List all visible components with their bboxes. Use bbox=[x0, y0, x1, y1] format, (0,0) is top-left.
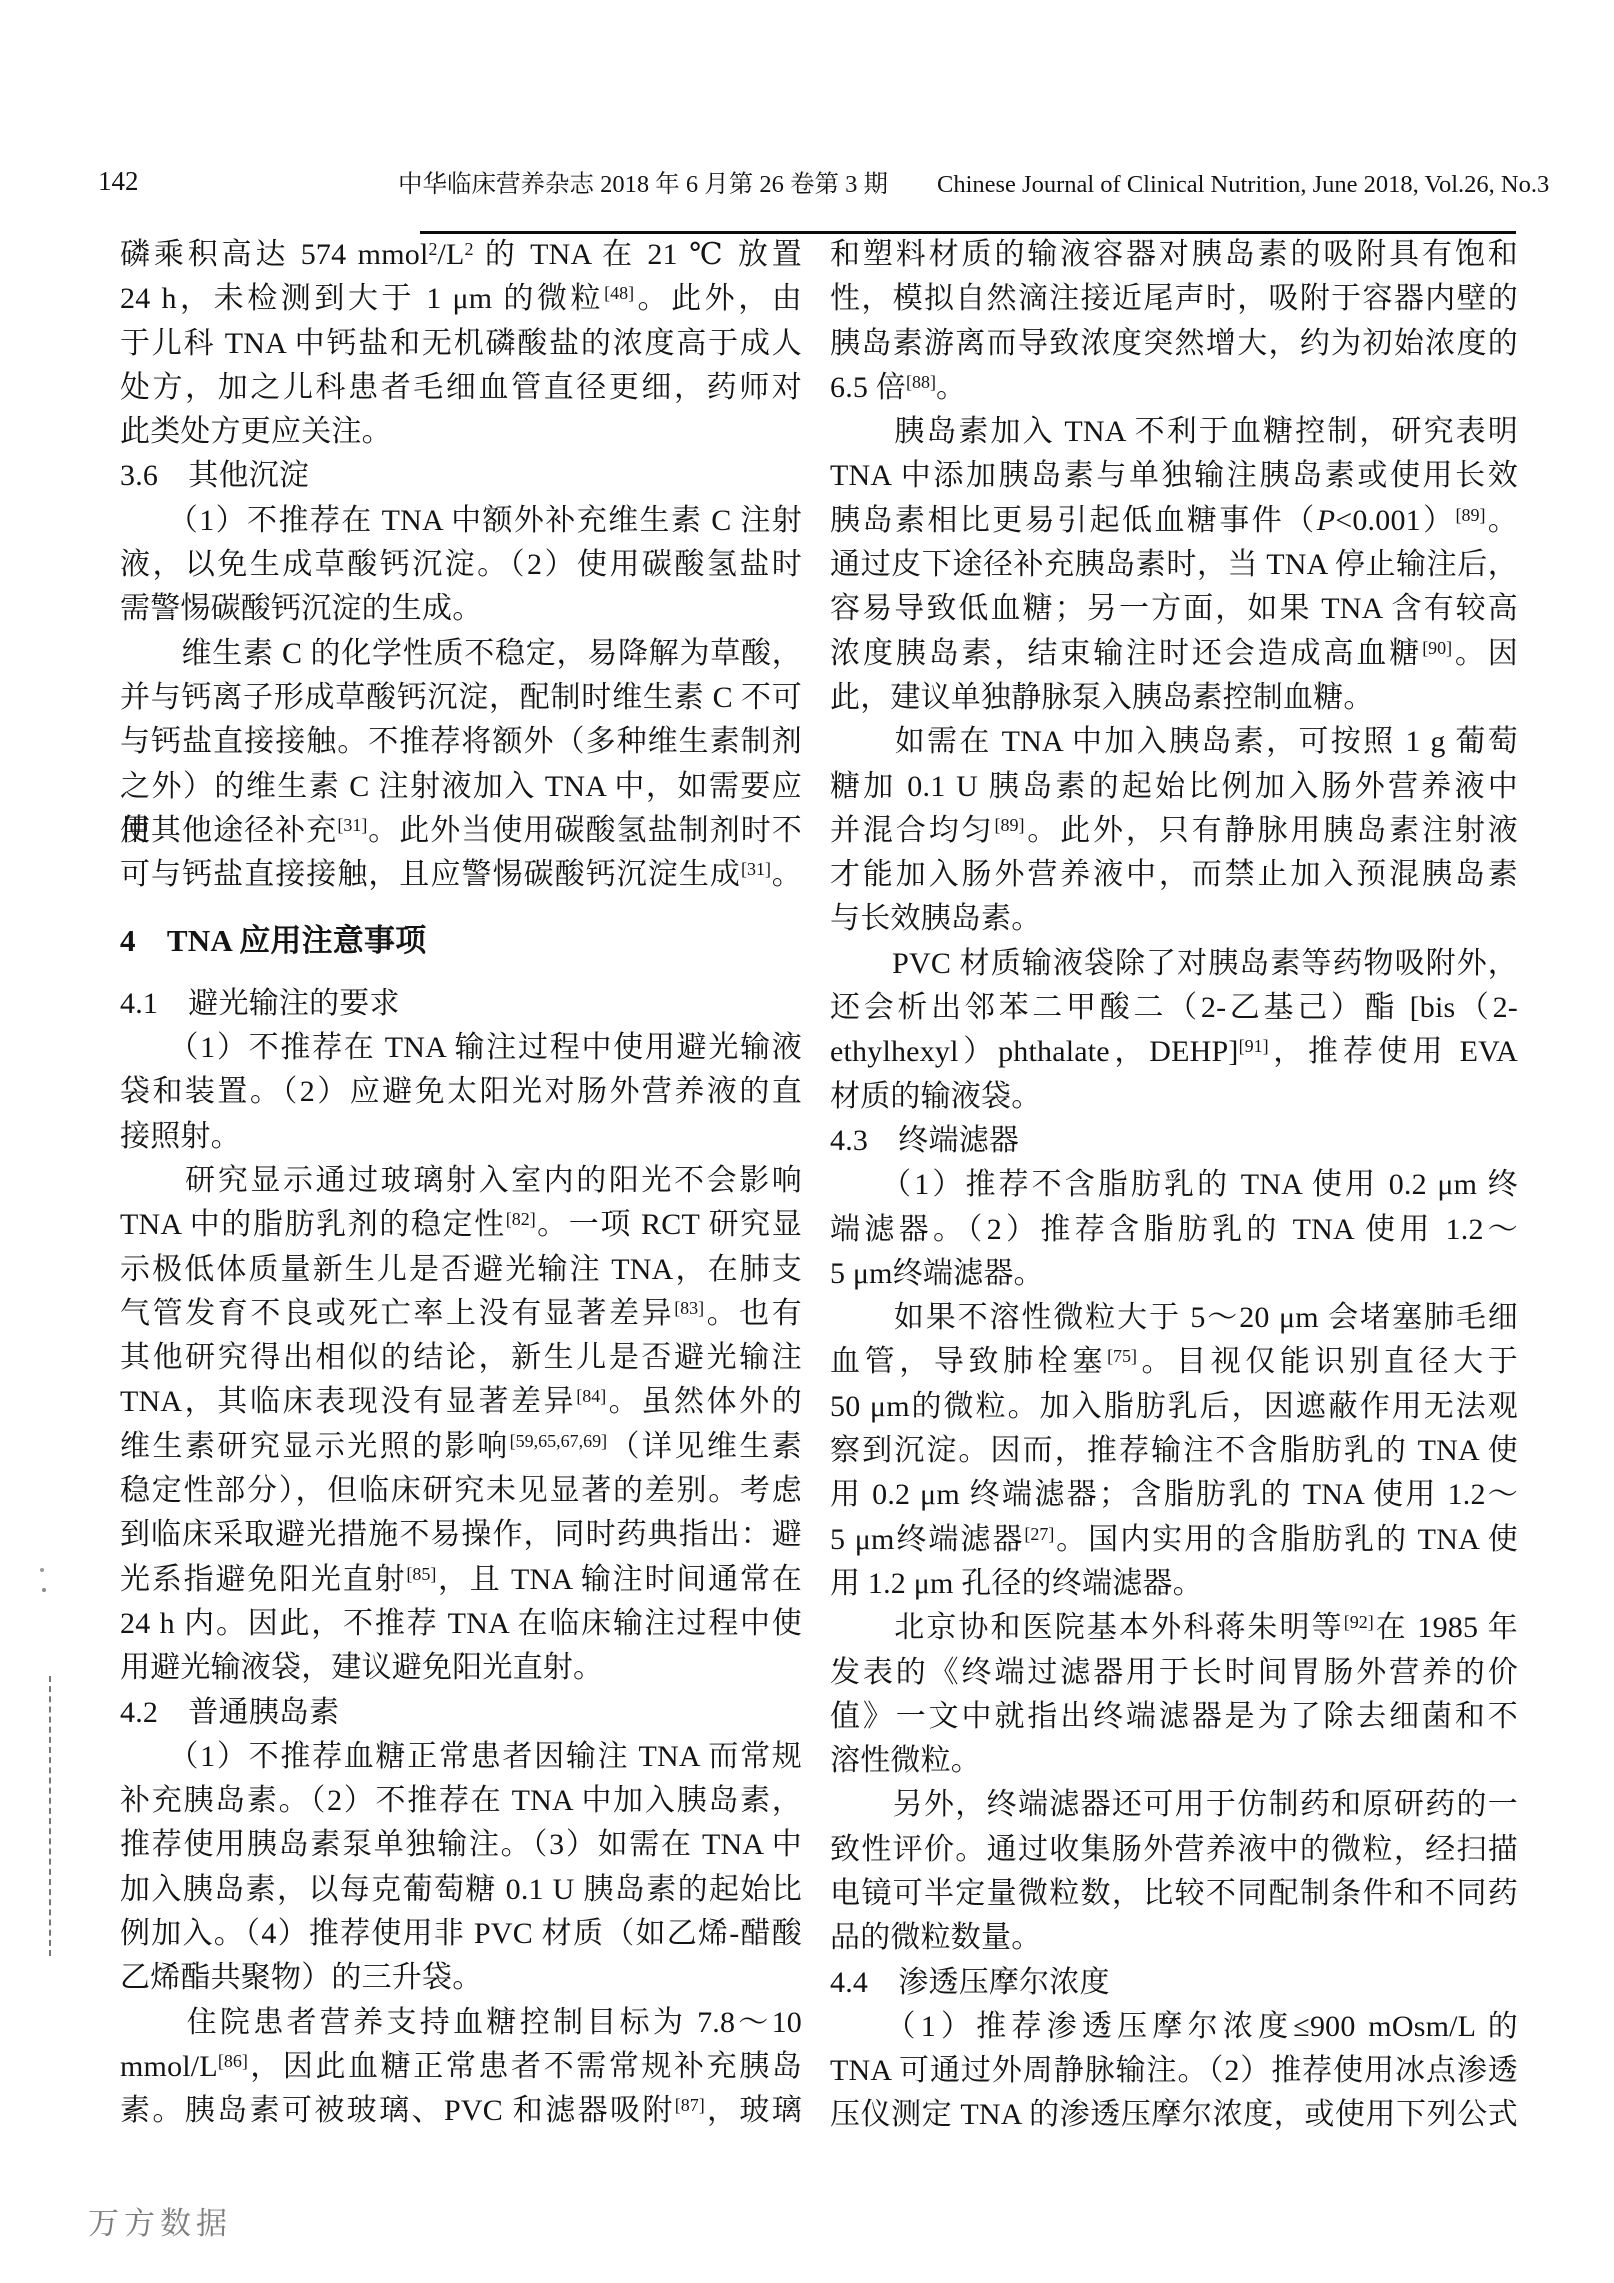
text-line: 糖加 0.1 U 胰岛素的起始比例加入肠外营养液中 bbox=[830, 765, 1518, 809]
text-line: 胰岛素游离而导致浓度突然增大，约为初始浓度的 bbox=[830, 322, 1518, 366]
text-line: 24 h，未检测到大于 1 μm 的微粒[48]。此外，由 bbox=[120, 277, 802, 321]
text-run: 端滤器。（2）推荐含脂肪乳的 TNA 使用 1.2～ bbox=[830, 1213, 1518, 1246]
reference-superscript: [87] bbox=[675, 2095, 705, 2115]
text-run: （1）推荐渗透压摩尔浓度≤900 mOsm/L 的 bbox=[830, 2010, 1518, 2043]
journal-header: 中华临床营养杂志 2018 年 6 月第 26 卷第 3 期 Chinese J… bbox=[398, 170, 1522, 200]
text-line: 5 μm终端滤器[27]。国内实用的含脂肪乳的 TNA 使 bbox=[830, 1518, 1518, 1562]
journal-page: 142 中华临床营养杂志 2018 年 6 月第 26 卷第 3 期 Chine… bbox=[0, 0, 1614, 2283]
reference-superscript: [83] bbox=[674, 1298, 704, 1318]
reference-superscript: [48] bbox=[604, 283, 634, 303]
text-run: 。此外，由 bbox=[634, 282, 802, 315]
text-line: ethylhexyl）phthalate，DEHP][91]，推荐使用 EVA bbox=[830, 1030, 1518, 1074]
text-run: 如果不溶性微粒大于 5～20 μm 会堵塞肺毛细 bbox=[830, 1301, 1518, 1334]
text-line: TNA 可通过外周静脉输注。（2）推荐使用冰点渗透 bbox=[830, 2049, 1518, 2093]
text-run: 24 h 内。因此，不推荐 TNA 在临床输注过程中使 bbox=[120, 1607, 802, 1640]
subsection-heading: 4.4 渗透压摩尔浓度 bbox=[830, 1961, 1518, 2005]
text-run: 。此外当使用碳酸氢盐制剂时不 bbox=[367, 814, 802, 847]
reference-superscript: [88] bbox=[906, 372, 936, 392]
text-line: 加入胰岛素，以每克葡萄糖 0.1 U 胰岛素的起始比 bbox=[120, 1868, 802, 1912]
text-line: 察到沉淀。因而，推荐输注不含脂肪乳的 TNA 使 bbox=[830, 1429, 1518, 1473]
text-line: 端滤器。（2）推荐含脂肪乳的 TNA 使用 1.2～ bbox=[830, 1208, 1518, 1252]
text-run: 糖加 0.1 U 胰岛素的起始比例加入肠外营养液中 bbox=[830, 770, 1518, 803]
text-run: 4.3 终端滤器 bbox=[830, 1124, 1019, 1157]
text-run: 24 h，未检测到大于 1 μm 的微粒 bbox=[120, 282, 604, 315]
subsection-heading: 4.3 终端滤器 bbox=[830, 1119, 1518, 1163]
text-line: （1）不推荐血糖正常患者因输注 TNA 而常规 bbox=[120, 1735, 802, 1779]
text-run: 4.4 渗透压摩尔浓度 bbox=[830, 1966, 1110, 1999]
text-line: TNA 中添加胰岛素与单独输注胰岛素或使用长效 bbox=[830, 454, 1518, 498]
text-line: 其他研究得出相似的结论，新生儿是否避光输注 bbox=[120, 1336, 802, 1380]
text-run: 5 μm终端滤器。 bbox=[830, 1257, 1044, 1290]
text-run: 容易导致低血糖；另一方面，如果 TNA 含有较高 bbox=[830, 592, 1518, 625]
text-run: 袋和装置。（2）应避免太阳光对肠外营养液的直 bbox=[120, 1075, 802, 1108]
text-line: 如果不溶性微粒大于 5～20 μm 会堵塞肺毛细 bbox=[830, 1296, 1518, 1340]
reference-superscript: [82] bbox=[506, 1209, 536, 1229]
text-run: 。虽然体外的 bbox=[606, 1385, 802, 1418]
section-heading: 4 TNA 应用注意事项 bbox=[120, 919, 802, 963]
text-run: 4.2 普通胰岛素 bbox=[120, 1696, 339, 1729]
text-run: 与长效胰岛素。 bbox=[830, 902, 1041, 935]
text-run: 用 0.2 μm 终端滤器；含脂肪乳的 TNA 使用 1.2～ bbox=[830, 1478, 1518, 1511]
text-run: 品的微粒数量。 bbox=[830, 1921, 1041, 1954]
text-column-right: 和塑料材质的输液容器对胰岛素的吸附具有饱和性，模拟自然滴注接近尾声时，吸附于容器… bbox=[830, 233, 1518, 2138]
text-line: 处方，加之儿科患者毛细血管直径更细，药师对 bbox=[120, 366, 802, 410]
text-run: 到临床采取避光措施不易操作，同时药典指出：避 bbox=[120, 1518, 802, 1551]
text-line: 胰岛素加入 TNA 不利于血糖控制，研究表明 bbox=[830, 410, 1518, 454]
text-line: 用 1.2 μm 孔径的终端滤器。 bbox=[830, 1562, 1518, 1606]
text-run: 补充胰岛素。（2）不推荐在 TNA 中加入胰岛素， bbox=[120, 1784, 802, 1817]
text-line: 可与钙盐直接接触，且应警惕碳酸钙沉淀生成[31]。 bbox=[120, 853, 802, 897]
text-run: 示极低体质量新生儿是否避光输注 TNA，在肺支 bbox=[120, 1253, 802, 1286]
text-run: PVC 材质输液袋除了对胰岛素等药物吸附外， bbox=[830, 947, 1518, 980]
text-run: 值》一文中就指出终端滤器是为了除去细菌和不 bbox=[830, 1700, 1518, 1733]
text-line: 北京协和医院基本外科蒋朱明等[92]在 1985 年 bbox=[830, 1606, 1518, 1650]
text-run: 此，建议单独静脉泵入胰岛素控制血糖。 bbox=[830, 681, 1374, 714]
text-run: 维生素 C 的化学性质不稳定，易降解为草酸， bbox=[120, 637, 802, 670]
text-line: 浓度胰岛素，结束输注时还会造成高血糖[90]。因 bbox=[830, 632, 1518, 676]
text-line: 维生素 C 的化学性质不稳定，易降解为草酸， bbox=[120, 632, 802, 676]
text-run: 北京协和医院基本外科蒋朱明等 bbox=[830, 1611, 1344, 1644]
text-run: 磷乘积高达 574 mmol bbox=[120, 238, 428, 271]
text-line: 6.5 倍[88]。 bbox=[830, 366, 1518, 410]
text-run: 浓度胰岛素，结束输注时还会造成高血糖 bbox=[830, 637, 1422, 670]
text-line: 需警惕碳酸钙沉淀的生成。 bbox=[120, 587, 802, 631]
text-run: 如需在 TNA 中加入胰岛素，可按照 1 g 葡萄 bbox=[830, 725, 1518, 758]
text-line: 5 μm终端滤器。 bbox=[830, 1252, 1518, 1296]
text-line: TNA 中的脂肪乳剂的稳定性[82]。一项 RCT 研究显 bbox=[120, 1203, 802, 1247]
text-line: 与钙盐直接接触。不推荐将额外（多种维生素制剂 bbox=[120, 720, 802, 764]
text-run: 4.1 避光输注的要求 bbox=[120, 987, 400, 1020]
text-run: 。也有 bbox=[704, 1297, 802, 1330]
text-line: 素。胰岛素可被玻璃、PVC 和滤器吸附[87]，玻璃 bbox=[120, 2089, 802, 2133]
text-run: （详见维生素 bbox=[607, 1430, 802, 1463]
text-line: （1）推荐不含脂肪乳的 TNA 使用 0.2 μm 终 bbox=[830, 1163, 1518, 1207]
text-run: 光系指避免阳光直射 bbox=[120, 1563, 406, 1596]
text-run: ，推荐使用 EVA bbox=[1269, 1035, 1518, 1068]
scan-artifact-dot bbox=[40, 1568, 44, 1572]
text-run: 5 μm终端滤器 bbox=[830, 1523, 1024, 1556]
text-run: 并与钙离子形成草酸钙沉淀，配制时维生素 C 不可 bbox=[120, 681, 802, 714]
text-line: 性，模拟自然滴注接近尾声时，吸附于容器内壁的 bbox=[830, 277, 1518, 321]
scan-artifact-dot bbox=[42, 1588, 46, 1592]
text-run: 并混合均匀 bbox=[830, 814, 995, 847]
text-run: 处方，加之儿科患者毛细血管直径更细，药师对 bbox=[120, 371, 802, 404]
text-line: 胰岛素相比更易引起低血糖事件（P<0.001）[89]。 bbox=[830, 499, 1518, 543]
text-run: 。一项 RCT 研究显 bbox=[536, 1208, 802, 1241]
text-run: 压仪测定 TNA 的渗透压摩尔浓度，或使用下列公式 bbox=[830, 2098, 1518, 2131]
text-line: 稳定性部分），但临床研究未见显著的差别。考虑 bbox=[120, 1469, 802, 1513]
text-run: 可与钙盐直接接触，且应警惕碳酸钙沉淀生成 bbox=[120, 858, 741, 891]
text-run: 此类处方更应关注。 bbox=[120, 415, 392, 448]
text-run: 。国内实用的含脂肪乳的 TNA 使 bbox=[1054, 1523, 1518, 1556]
text-line: 液，以免生成草酸钙沉淀。（2）使用碳酸氢盐时 bbox=[120, 543, 802, 587]
page-number: 142 bbox=[98, 166, 139, 196]
text-run: （1）不推荐在 TNA 输注过程中使用避光输液 bbox=[120, 1031, 802, 1064]
text-run: 乙烯酯共聚物）的三升袋。 bbox=[120, 1961, 482, 1994]
text-run: 与钙盐直接接触。不推荐将额外（多种维生素制剂 bbox=[120, 725, 802, 758]
reference-superscript: [90] bbox=[1422, 638, 1452, 658]
text-run: ethylhexyl）phthalate，DEHP] bbox=[830, 1035, 1239, 1068]
text-line: 材质的输液袋。 bbox=[830, 1075, 1518, 1119]
reference-superscript: [75] bbox=[1107, 1346, 1137, 1366]
text-run: 血管，导致肺栓塞 bbox=[830, 1345, 1107, 1378]
text-run: 于儿科 TNA 中钙盐和无机磷酸盐的浓度高于成人 bbox=[120, 327, 802, 360]
text-run: TNA 中的脂肪乳剂的稳定性 bbox=[120, 1208, 506, 1241]
text-run: 加入胰岛素，以每克葡萄糖 0.1 U 胰岛素的起始比 bbox=[120, 1873, 802, 1906]
reference-superscript: [89] bbox=[1456, 505, 1486, 525]
text-line: 血管，导致肺栓塞[75]。目视仅能识别直径大于 bbox=[830, 1340, 1518, 1384]
text-line: mmol/L[86]，因此血糖正常患者不需常规补充胰岛 bbox=[120, 2045, 802, 2089]
text-line: 还会析出邻苯二甲酸二（2-乙基己）酯 [bis（2- bbox=[830, 986, 1518, 1030]
text-run: TNA 中添加胰岛素与单独输注胰岛素或使用长效 bbox=[830, 459, 1518, 492]
text-line: 24 h 内。因此，不推荐 TNA 在临床输注过程中使 bbox=[120, 1602, 802, 1646]
text-run: 。 bbox=[771, 858, 802, 891]
text-line: TNA，其临床表现没有显著差异[84]。虽然体外的 bbox=[120, 1380, 802, 1424]
text-line: 接照射。 bbox=[120, 1115, 802, 1159]
text-run: 。因 bbox=[1452, 637, 1518, 670]
text-line: （1）推荐渗透压摩尔浓度≤900 mOsm/L 的 bbox=[830, 2005, 1518, 2049]
text-line: 例加入。（4）推荐使用非 PVC 材质（如乙烯-醋酸 bbox=[120, 1912, 802, 1956]
text-line: 值》一文中就指出终端滤器是为了除去细菌和不 bbox=[830, 1695, 1518, 1739]
scan-artifact-line bbox=[49, 1676, 51, 1956]
text-run: /L bbox=[437, 238, 464, 271]
text-line: 并与钙离子形成草酸钙沉淀，配制时维生素 C 不可 bbox=[120, 676, 802, 720]
text-run: 。此外，只有静脉用胰岛素注射液 bbox=[1025, 814, 1519, 847]
text-run: 其他研究得出相似的结论，新生儿是否避光输注 bbox=[120, 1341, 802, 1374]
text-line: 50 μm的微粒。加入脂肪乳后，因遮蔽作用无法观 bbox=[830, 1385, 1518, 1429]
text-line: 溶性微粒。 bbox=[830, 1739, 1518, 1783]
text-line: 发表的《终端过滤器用于长时间胃肠外营养的价 bbox=[830, 1651, 1518, 1695]
text-line: 与长效胰岛素。 bbox=[830, 897, 1518, 941]
text-line: 住院患者营养支持血糖控制目标为 7.8～10 bbox=[120, 2001, 802, 2045]
reference-superscript: [31] bbox=[337, 815, 367, 835]
text-line: 致性评价。通过收集肠外营养液中的微粒，经扫描 bbox=[830, 1828, 1518, 1872]
text-run: 发表的《终端过滤器用于长时间胃肠外营养的价 bbox=[830, 1656, 1518, 1689]
text-line: 通过皮下途径补充胰岛素时，当 TNA 停止输注后， bbox=[830, 543, 1518, 587]
text-run: 性，模拟自然滴注接近尾声时，吸附于容器内壁的 bbox=[830, 282, 1518, 315]
text-line: 另外，终端滤器还可用于仿制药和原研药的一 bbox=[830, 1783, 1518, 1827]
text-run: 溶性微粒。 bbox=[830, 1744, 981, 1777]
text-run: 用其他途径补充 bbox=[120, 814, 337, 847]
reference-superscript: [27] bbox=[1024, 1524, 1054, 1544]
text-run: TNA，其临床表现没有显著差异 bbox=[120, 1385, 576, 1418]
text-run: 用 1.2 μm 孔径的终端滤器。 bbox=[830, 1567, 1203, 1600]
wanfang-watermark: 万方数据 bbox=[88, 2198, 232, 2243]
text-run: 气管发育不良或死亡率上没有显著差异 bbox=[120, 1297, 674, 1330]
text-line: 乙烯酯共聚物）的三升袋。 bbox=[120, 1956, 802, 2000]
text-line: 此类处方更应关注。 bbox=[120, 410, 802, 454]
text-run: 致性评价。通过收集肠外营养液中的微粒，经扫描 bbox=[830, 1833, 1518, 1866]
subsection-heading: 4.2 普通胰岛素 bbox=[120, 1691, 802, 1735]
text-run: 50 μm的微粒。加入脂肪乳后，因遮蔽作用无法观 bbox=[830, 1390, 1518, 1423]
text-run: 通过皮下途径补充胰岛素时，当 TNA 停止输注后， bbox=[830, 548, 1518, 581]
subsection-heading: 4.1 避光输注的要求 bbox=[120, 982, 802, 1026]
text-run: 材质的输液袋。 bbox=[830, 1080, 1041, 1113]
italic-text: P bbox=[1317, 504, 1336, 537]
text-line: 之外）的维生素 C 注射液加入 TNA 中，如需要应使 bbox=[120, 765, 802, 809]
text-line: 和塑料材质的输液容器对胰岛素的吸附具有饱和 bbox=[830, 233, 1518, 277]
text-run: 例加入。（4）推荐使用非 PVC 材质（如乙烯-醋酸 bbox=[120, 1917, 802, 1950]
text-run: <0.001） bbox=[1335, 504, 1455, 537]
text-line: 用避光输液袋，建议避免阳光直射。 bbox=[120, 1646, 802, 1690]
text-line: 容易导致低血糖；另一方面，如果 TNA 含有较高 bbox=[830, 587, 1518, 631]
reference-superscript: [92] bbox=[1344, 1612, 1374, 1632]
text-line: 用其他途径补充[31]。此外当使用碳酸氢盐制剂时不 bbox=[120, 809, 802, 853]
text-run: 才能加入肠外营养液中，而禁止加入预混胰岛素 bbox=[830, 858, 1518, 891]
text-run: mmol/L bbox=[120, 2050, 218, 2083]
text-run: 。目视仅能识别直径大于 bbox=[1137, 1345, 1518, 1378]
text-run: ，因此血糖正常患者不需常规补充胰岛 bbox=[248, 2050, 802, 2083]
text-line: 示极低体质量新生儿是否避光输注 TNA，在肺支 bbox=[120, 1248, 802, 1292]
subsection-heading: 3.6 其他沉淀 bbox=[120, 454, 802, 498]
text-line: 电镜可半定量微粒数，比较不同配制条件和不同药 bbox=[830, 1872, 1518, 1916]
text-run: （1）不推荐在 TNA 中额外补充维生素 C 注射 bbox=[120, 504, 802, 537]
text-line: 到临床采取避光措施不易操作，同时药典指出：避 bbox=[120, 1513, 802, 1557]
text-line: 气管发育不良或死亡率上没有显著差异[83]。也有 bbox=[120, 1292, 802, 1336]
text-run: 胰岛素相比更易引起低血糖事件（ bbox=[830, 504, 1317, 537]
text-line: 补充胰岛素。（2）不推荐在 TNA 中加入胰岛素， bbox=[120, 1779, 802, 1823]
reference-superscript: [89] bbox=[995, 815, 1025, 835]
text-run: 察到沉淀。因而，推荐输注不含脂肪乳的 TNA 使 bbox=[830, 1434, 1518, 1467]
text-line: 才能加入肠外营养液中，而禁止加入预混胰岛素 bbox=[830, 853, 1518, 897]
text-run: 电镜可半定量微粒数，比较不同配制条件和不同药 bbox=[830, 1877, 1518, 1910]
text-run: 液，以免生成草酸钙沉淀。（2）使用碳酸氢盐时 bbox=[120, 548, 802, 581]
text-run: 的 TNA 在 21 ℃ 放置 bbox=[474, 238, 802, 271]
text-run: 胰岛素加入 TNA 不利于血糖控制，研究表明 bbox=[830, 415, 1518, 448]
text-line: 用 0.2 μm 终端滤器；含脂肪乳的 TNA 使用 1.2～ bbox=[830, 1473, 1518, 1517]
text-run: 。 bbox=[1486, 504, 1518, 537]
text-run: ，玻璃 bbox=[705, 2094, 802, 2127]
text-line: 压仪测定 TNA 的渗透压摩尔浓度，或使用下列公式 bbox=[830, 2093, 1518, 2137]
reference-superscript: [59,65,67,69] bbox=[510, 1431, 608, 1451]
text-run: 稳定性部分），但临床研究未见显著的差别。考虑 bbox=[120, 1474, 802, 1507]
text-line: （1）不推荐在 TNA 中额外补充维生素 C 注射 bbox=[120, 499, 802, 543]
reference-superscript: [91] bbox=[1239, 1036, 1269, 1056]
text-run: 和塑料材质的输液容器对胰岛素的吸附具有饱和 bbox=[830, 238, 1518, 271]
text-run: TNA 可通过外周静脉输注。（2）推荐使用冰点渗透 bbox=[830, 2054, 1518, 2087]
text-run: 胰岛素游离而导致浓度突然增大，约为初始浓度的 bbox=[830, 327, 1518, 360]
text-run: 3.6 其他沉淀 bbox=[120, 459, 309, 492]
text-run: 需警惕碳酸钙沉淀的生成。 bbox=[120, 592, 482, 625]
text-run: 。 bbox=[936, 371, 966, 404]
text-line: 如需在 TNA 中加入胰岛素，可按照 1 g 葡萄 bbox=[830, 720, 1518, 764]
text-run: 4 TNA 应用注意事项 bbox=[120, 923, 426, 958]
text-line: 此，建议单独静脉泵入胰岛素控制血糖。 bbox=[830, 676, 1518, 720]
text-run: 研究显示通过玻璃射入室内的阳光不会影响 bbox=[120, 1164, 802, 1197]
reference-superscript: [84] bbox=[576, 1386, 606, 1406]
text-run: 接照射。 bbox=[120, 1120, 241, 1153]
text-run: 推荐使用胰岛素泵单独输注。（3）如需在 TNA 中 bbox=[120, 1828, 802, 1861]
text-column-left: 磷乘积高达 574 mmol2/L2 的 TNA 在 21 ℃ 放置24 h，未… bbox=[120, 233, 802, 2133]
text-run: 另外，终端滤器还可用于仿制药和原研药的一 bbox=[830, 1788, 1518, 1821]
text-run: 维生素研究显示光照的影响 bbox=[120, 1430, 510, 1463]
reference-superscript: 2 bbox=[465, 239, 474, 259]
text-line: 袋和装置。（2）应避免太阳光对肠外营养液的直 bbox=[120, 1070, 802, 1114]
text-run: 6.5 倍 bbox=[830, 371, 906, 404]
text-line: 品的微粒数量。 bbox=[830, 1916, 1518, 1960]
text-run: 还会析出邻苯二甲酸二（2-乙基己）酯 [bis（2- bbox=[830, 991, 1518, 1024]
text-run: （1）推荐不含脂肪乳的 TNA 使用 0.2 μm 终 bbox=[830, 1168, 1518, 1201]
text-run: 在 1985 年 bbox=[1374, 1611, 1518, 1644]
text-run: 素。胰岛素可被玻璃、PVC 和滤器吸附 bbox=[120, 2094, 675, 2127]
reference-superscript: [31] bbox=[741, 859, 771, 879]
text-line: PVC 材质输液袋除了对胰岛素等药物吸附外， bbox=[830, 942, 1518, 986]
text-run: 用避光输液袋，建议避免阳光直射。 bbox=[120, 1651, 603, 1684]
text-line: 推荐使用胰岛素泵单独输注。（3）如需在 TNA 中 bbox=[120, 1823, 802, 1867]
text-run: 住院患者营养支持血糖控制目标为 7.8～10 bbox=[120, 2006, 802, 2039]
text-line: （1）不推荐在 TNA 输注过程中使用避光输液 bbox=[120, 1026, 802, 1070]
text-line: 磷乘积高达 574 mmol2/L2 的 TNA 在 21 ℃ 放置 bbox=[120, 233, 802, 277]
text-line: 研究显示通过玻璃射入室内的阳光不会影响 bbox=[120, 1159, 802, 1203]
reference-superscript: [85] bbox=[406, 1564, 436, 1584]
text-line: 并混合均匀[89]。此外，只有静脉用胰岛素注射液 bbox=[830, 809, 1518, 853]
text-run: （1）不推荐血糖正常患者因输注 TNA 而常规 bbox=[120, 1740, 802, 1773]
text-run: ，且 TNA 输注时间通常在 bbox=[436, 1563, 802, 1596]
text-line: 维生素研究显示光照的影响[59,65,67,69]（详见维生素 bbox=[120, 1425, 802, 1469]
text-line: 于儿科 TNA 中钙盐和无机磷酸盐的浓度高于成人 bbox=[120, 322, 802, 366]
reference-superscript: [86] bbox=[218, 2051, 248, 2071]
text-line: 光系指避免阳光直射[85]，且 TNA 输注时间通常在 bbox=[120, 1558, 802, 1602]
